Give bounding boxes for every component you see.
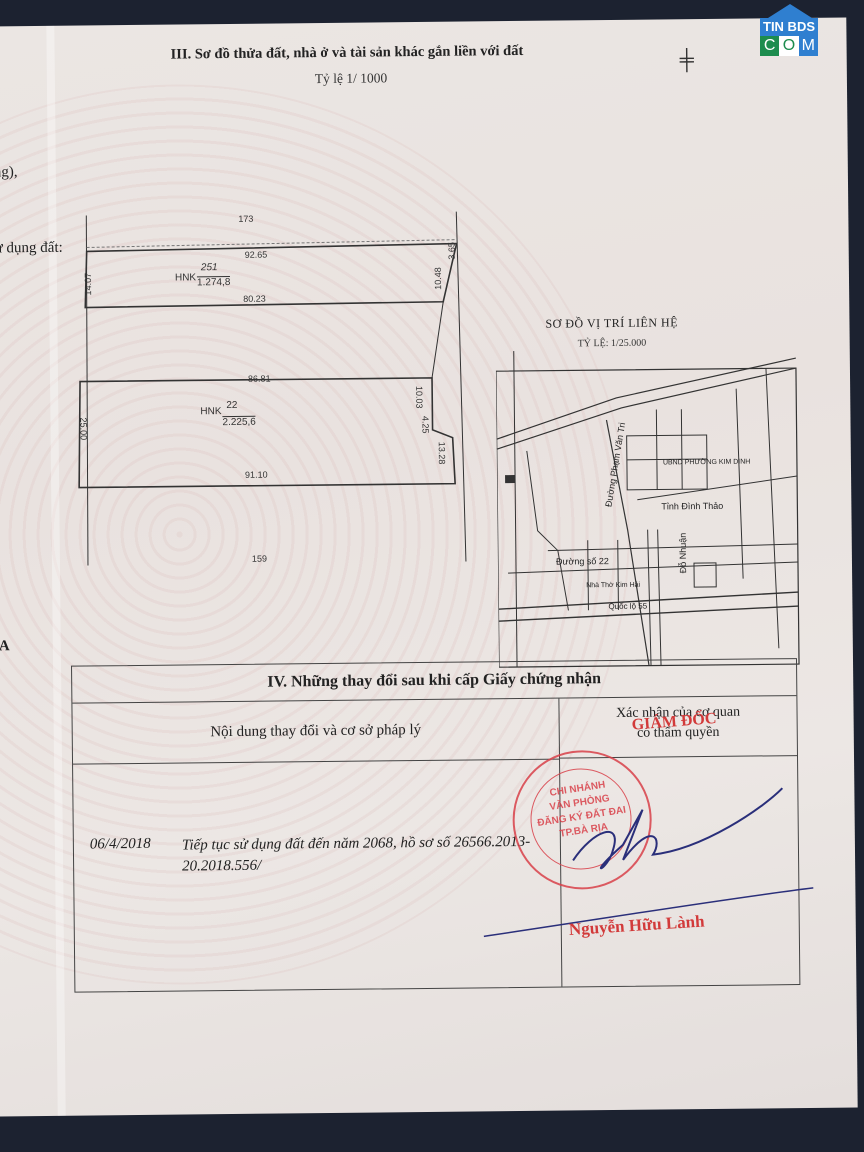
upper-right-edge: 10.48 [433, 267, 443, 290]
entry-date: 06/4/2018 [90, 836, 151, 854]
map-label-church: Nhà Thờ Kim Hải [586, 582, 640, 590]
logo-letter-m: M [799, 36, 818, 56]
logo-line-1: TIN BDS [760, 18, 818, 36]
left-fragment-3: A [0, 638, 10, 655]
neighbor-top-label: 173 [238, 214, 253, 224]
left-fragment-1: ng), [0, 164, 18, 181]
lower-right-mid-edge: 4.25 [420, 416, 430, 434]
location-map-scale: TỶ LỆ: 1/25.000 [578, 338, 647, 350]
map-label-street-1: Tỉnh Đình Thảo [661, 501, 723, 512]
lower-land-type: HNK [200, 406, 221, 417]
logo-letter-o: O [779, 36, 798, 56]
section3-scale: Tỷ lệ 1/ 1000 [315, 70, 388, 87]
handwritten-mark: ╪ [680, 49, 694, 72]
lower-right-bottom-edge: 13.28 [437, 442, 447, 465]
map-label-street-4: Đường số 22 [556, 556, 609, 567]
lower-bottom-edge: 91.10 [245, 470, 268, 480]
location-map-title: SƠ ĐỒ VỊ TRÍ LIÊN HỆ [545, 315, 678, 331]
left-fragment-2: ử dụng đất: [0, 240, 63, 258]
upper-land-type: HNK [175, 272, 196, 283]
upper-top-edge: 92.65 [245, 250, 268, 260]
upper-area: 1.274,8 [197, 276, 230, 288]
map-label-street-3: Đỗ Nhuận [678, 533, 688, 574]
map-label-ubnd: UBND PHƯỜNG KIM DINH [663, 459, 751, 467]
logo-line-2: C O M [760, 36, 818, 56]
upper-bottom-edge: 80.23 [243, 294, 266, 304]
lower-top-edge: 86.81 [248, 374, 271, 384]
watermark-logo: TIN BDS C O M [760, 4, 820, 62]
upper-parcel-no: 251 [201, 262, 218, 273]
lower-area: 2.225,6 [222, 416, 255, 428]
upper-left-edge: 14.07 [83, 273, 93, 296]
upper-right-top-edge: 3.65 [447, 242, 457, 260]
location-map [496, 348, 801, 671]
section3-title: III. Sơ đồ thửa đất, nhà ở và tài sản kh… [171, 43, 524, 64]
map-label-highway: Quốc lộ 55 [608, 602, 647, 611]
certificate-page: III. Sơ đồ thửa đất, nhà ở và tài sản kh… [0, 18, 858, 1117]
logo-letter-c: C [760, 36, 779, 56]
column-header-content: Nội dung thay đổi và cơ sở pháp lý [72, 699, 559, 765]
lower-right-top-edge: 10.03 [414, 386, 424, 409]
lower-left-edge: 25.00 [78, 417, 88, 440]
house-roof-icon [768, 4, 812, 18]
lower-parcel-no: 22 [226, 400, 237, 411]
neighbor-bottom-label: 159 [252, 554, 267, 564]
